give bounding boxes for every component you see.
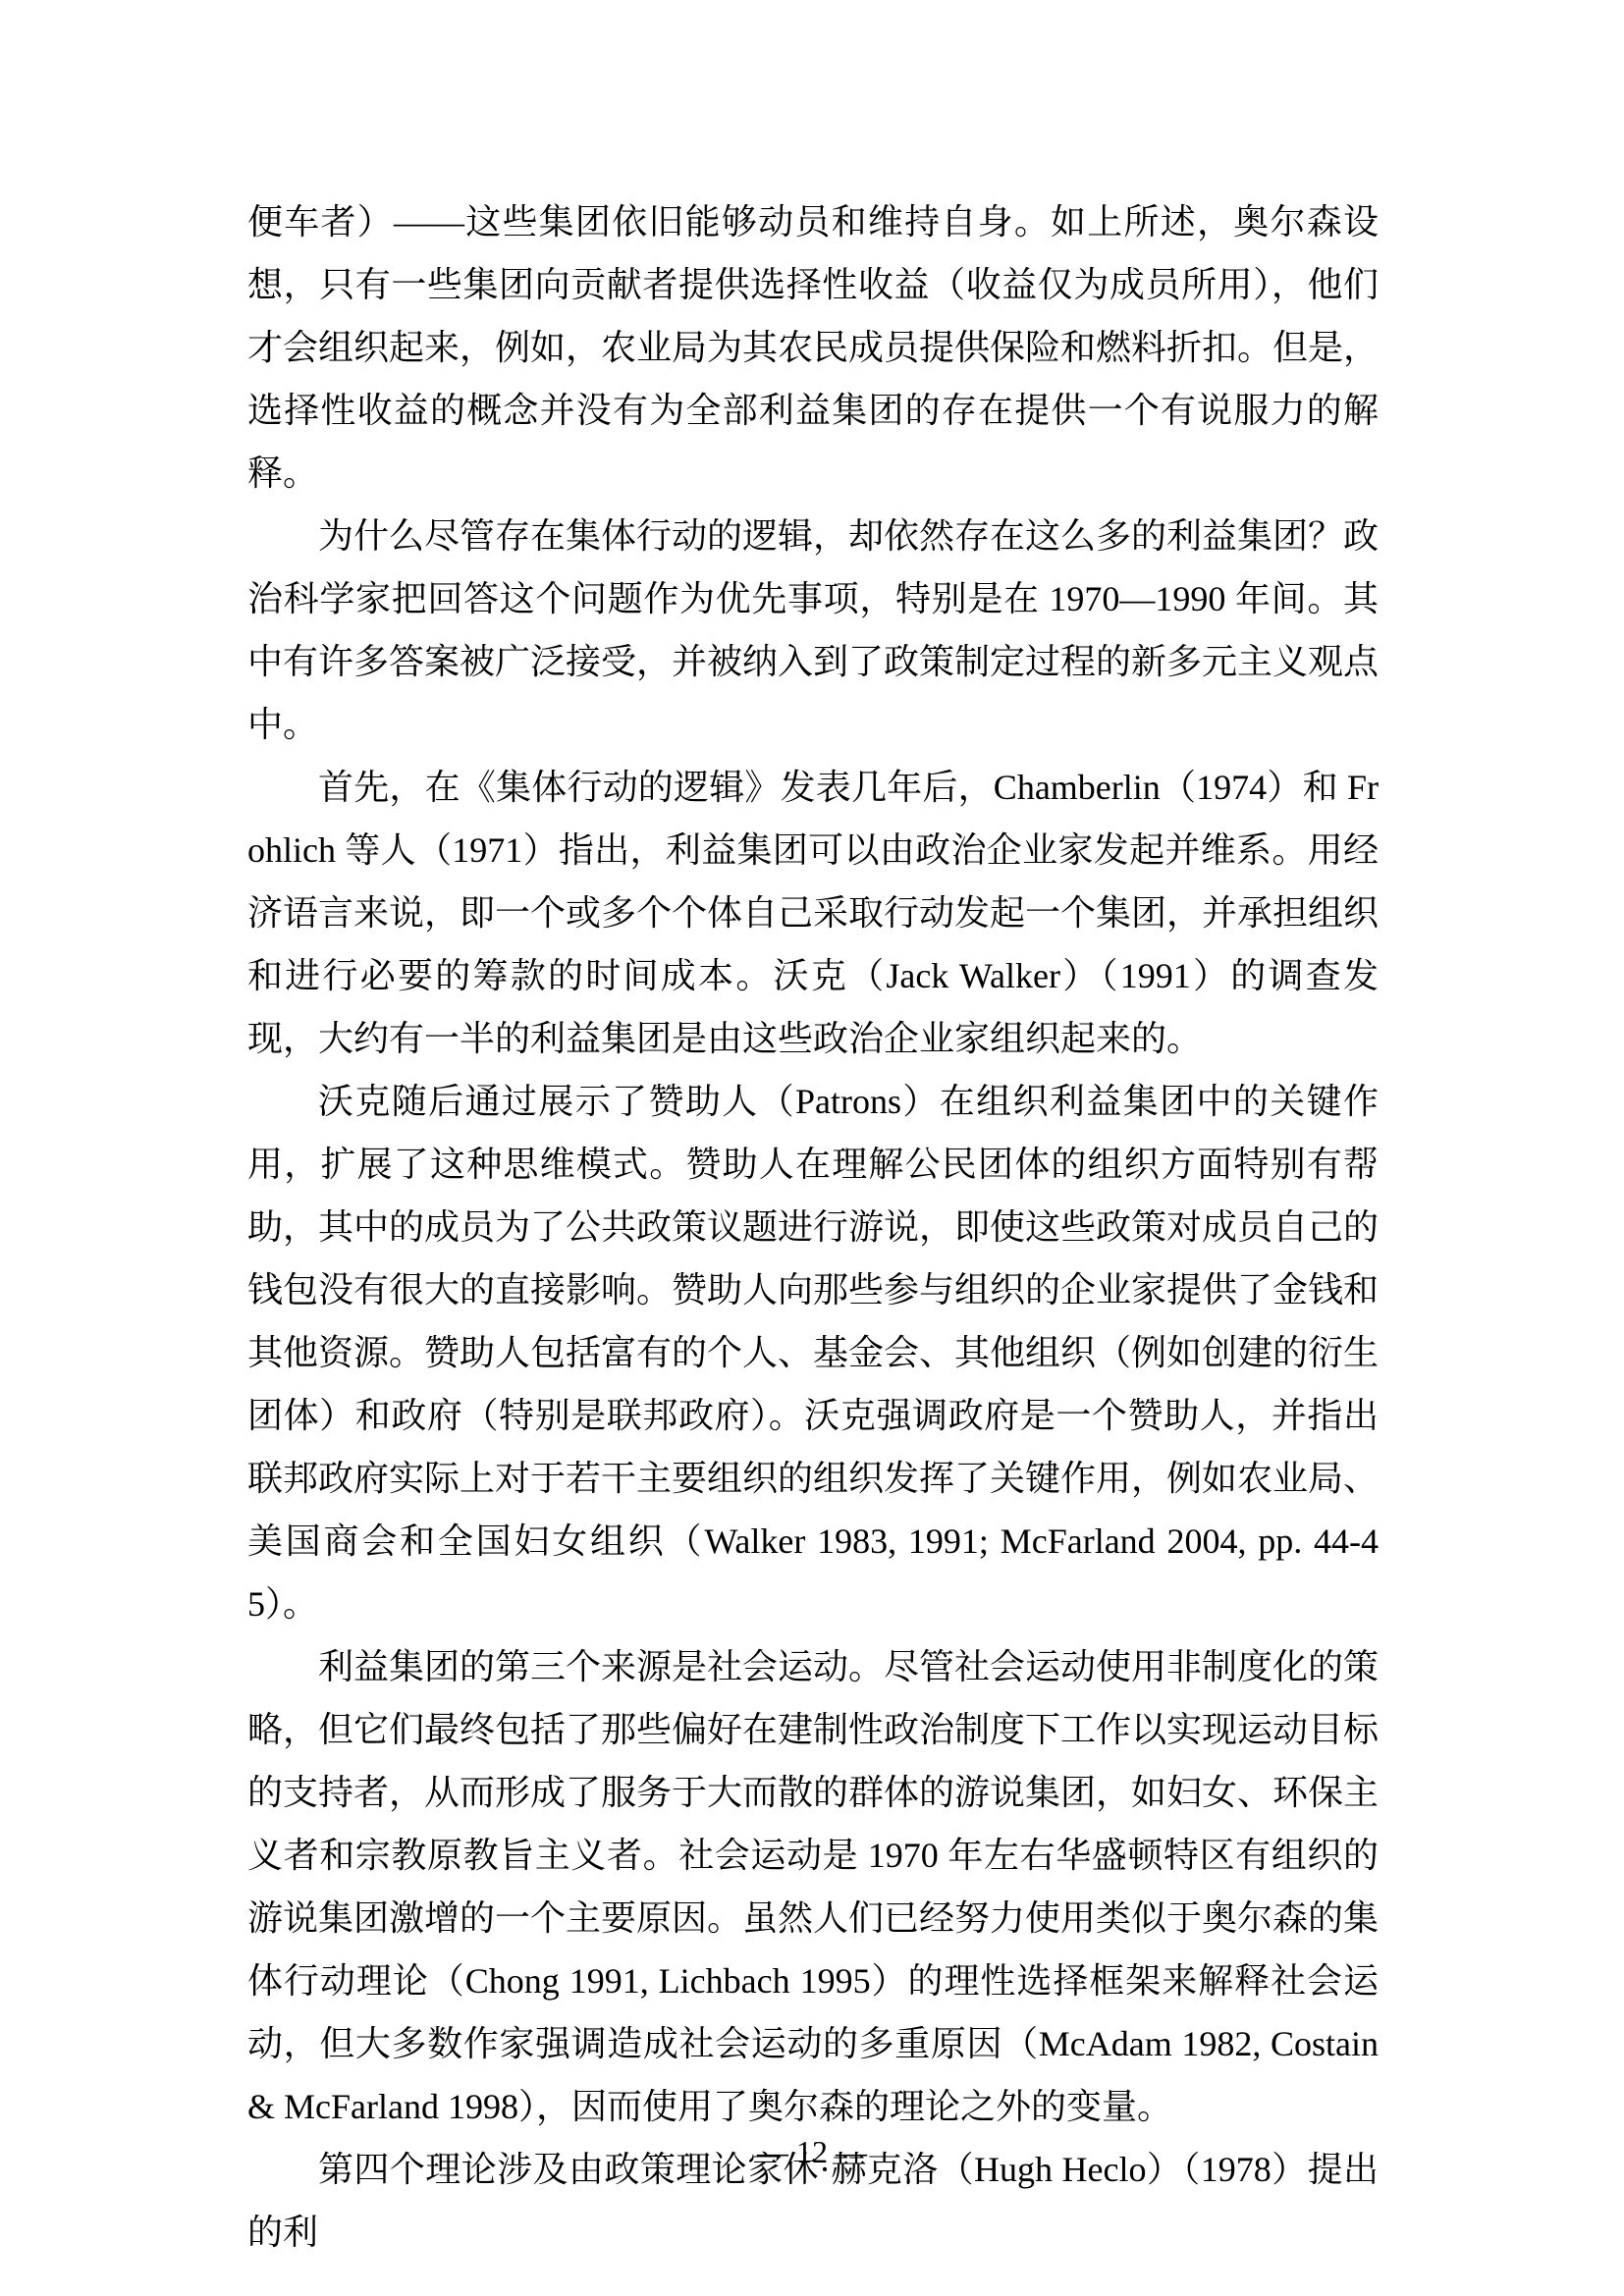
page-number: — 12 — (0, 2132, 1624, 2171)
page-body-text: 便车者）——这些集团依旧能够动员和维持自身。如上所述，奥尔森设想，只有一些集团向… (247, 190, 1379, 2264)
paragraph-free-riders-continuation: 便车者）——这些集团依旧能够动员和维持自身。如上所述，奥尔森设想，只有一些集团向… (247, 190, 1379, 505)
paragraph-patrons: 沃克随后通过展示了赞助人（Patrons）在组织利益集团中的关键作用，扩展了这种… (247, 1070, 1379, 1635)
paragraph-political-entrepreneurs: 首先，在《集体行动的逻辑》发表几年后，Chamberlin（1974）和 Fro… (247, 756, 1379, 1070)
document-page: 便车者）——这些集团依旧能够动员和维持自身。如上所述，奥尔森设想，只有一些集团向… (0, 0, 1624, 2296)
paragraph-why-so-many-groups: 为什么尽管存在集体行动的逻辑，却依然存在这么多的利益集团？政治科学家把回答这个问… (247, 505, 1379, 756)
paragraph-social-movements: 利益集团的第三个来源是社会运动。尽管社会运动使用非制度化的策略，但它们最终包括了… (247, 1635, 1379, 2138)
